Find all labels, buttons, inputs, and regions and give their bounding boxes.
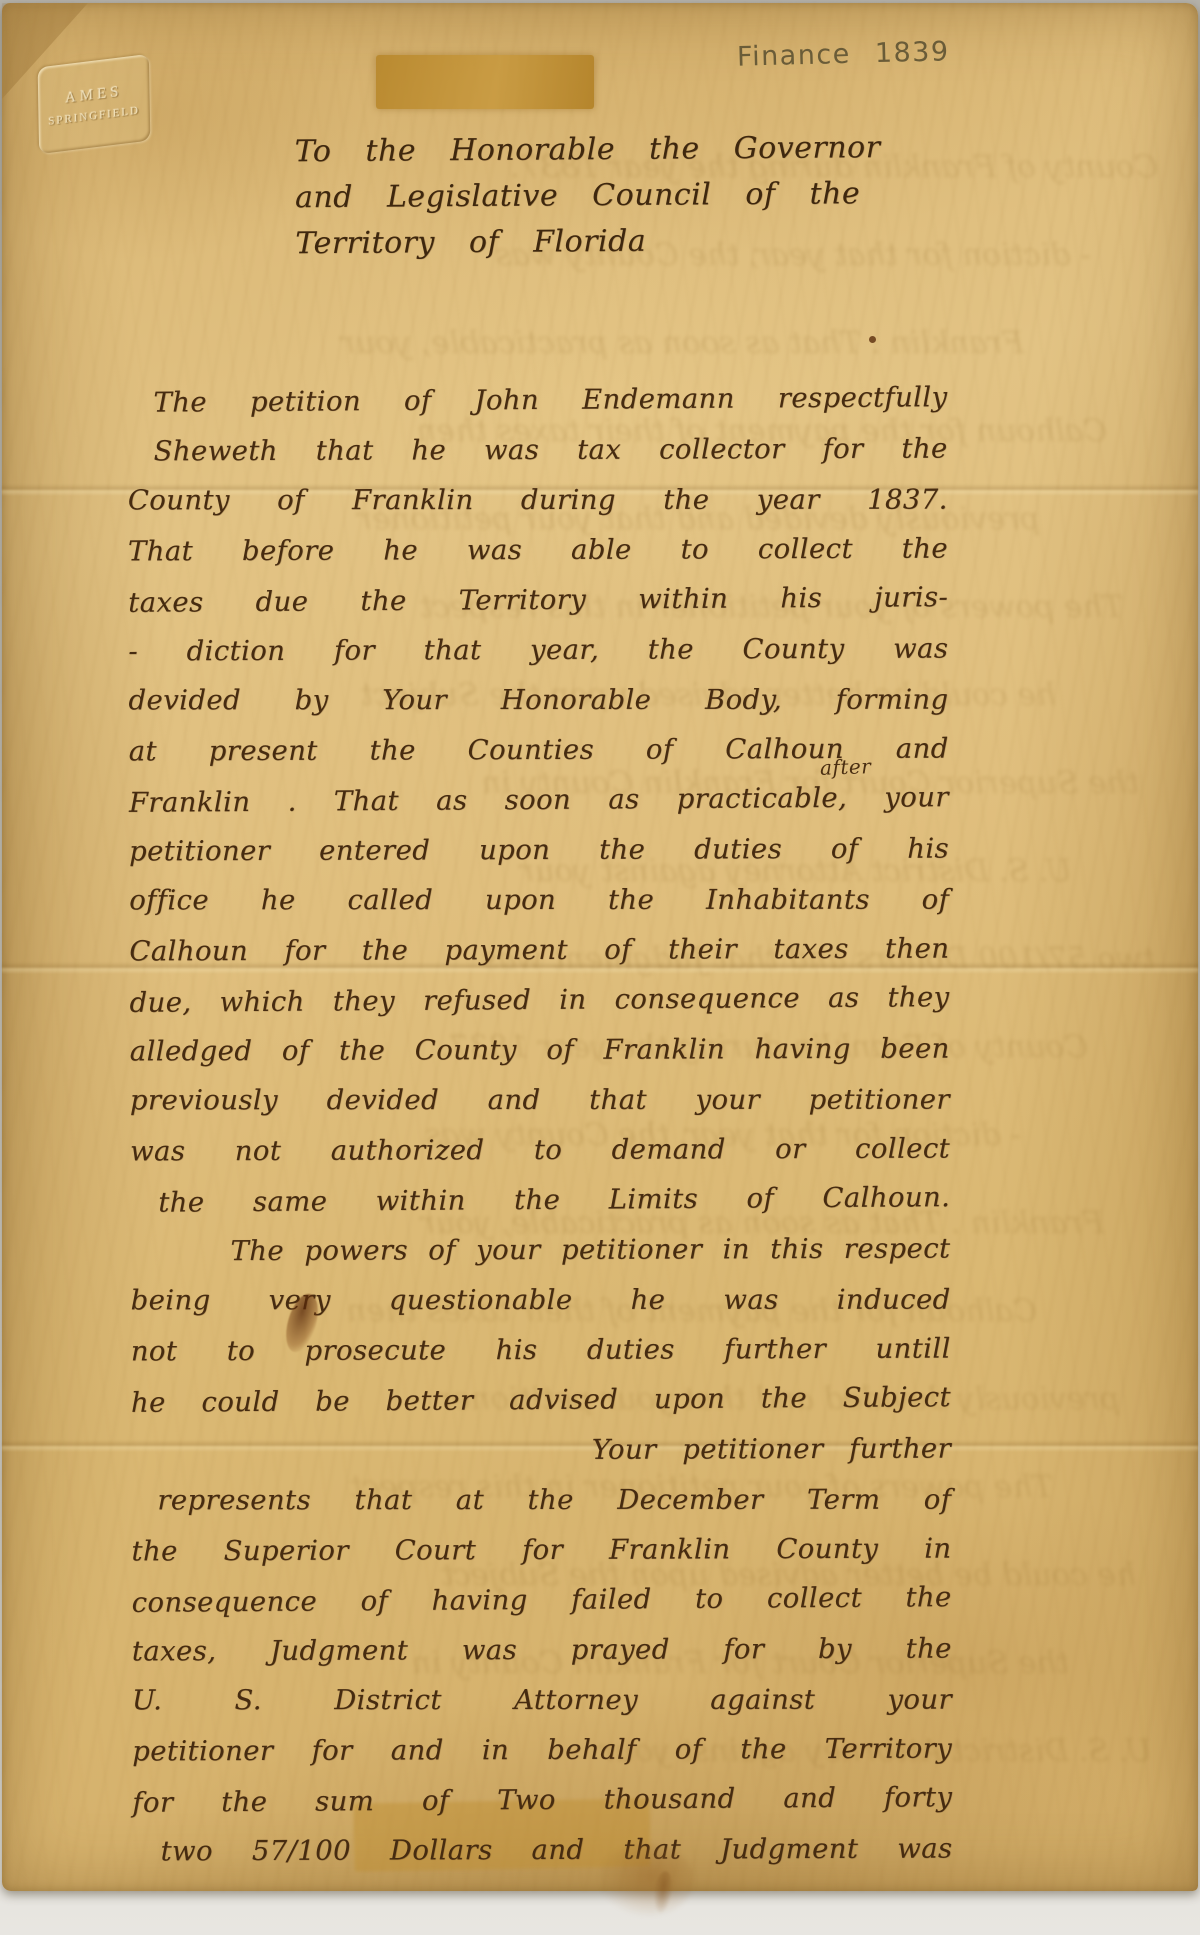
manuscript-line: not to prosecute his duties further unti… xyxy=(131,1324,951,1377)
manuscript-line: alledged of the County of Franklin havin… xyxy=(130,1024,950,1077)
manuscript-line: taxes due the Territory within his juris… xyxy=(128,572,948,628)
petition-body: The petition of John Endemann respectful… xyxy=(127,374,952,1877)
stamp-maker-name: AMES xyxy=(65,83,123,107)
manuscript-line: two 57/100 Dollars and that Judgment was xyxy=(132,1824,952,1877)
manuscript-line: devided by Your Honorable Body, forming xyxy=(128,675,948,726)
manuscript-line: The petition of John Endemann respectful… xyxy=(127,372,947,428)
embossed-papermaker-stamp: AMES SPRINGFIELD xyxy=(38,54,151,154)
manuscript-line: County of Franklin during the year 1837. xyxy=(128,475,948,526)
manuscript-line: Franklin . That as soon as practicable, … xyxy=(129,772,949,828)
petition-heading: To the Honorable the Governorand Legisla… xyxy=(295,125,936,267)
inserted-word-above-line: after xyxy=(820,754,872,780)
manuscript-line: he could be better advised upon the Subj… xyxy=(131,1372,951,1428)
manuscript-line: due, which they refused in consequence a… xyxy=(129,972,949,1028)
manuscript-line: previously devided and that your petitio… xyxy=(130,1075,950,1126)
manuscript-line: being very questionable he was induced xyxy=(131,1275,951,1326)
manuscript-line: The powers of your petitioner in this re… xyxy=(130,1224,950,1277)
manuscript-line: the same within the Limits of Calhoun. xyxy=(130,1172,950,1228)
heading-line: Territory of Florida xyxy=(295,217,935,267)
stamp-maker-city: SPRINGFIELD xyxy=(48,104,140,127)
heading-line: and Legislative Council of the xyxy=(295,171,935,221)
stain-smudge xyxy=(598,1843,694,1917)
manuscript-line: the Superior Court for Franklin County i… xyxy=(131,1524,951,1577)
manuscript-line: That before he was able to collect the xyxy=(128,524,948,577)
heading-line: To the Honorable the Governor xyxy=(295,125,935,175)
manuscript-line: for the sum of Two thousand and forty xyxy=(132,1772,952,1828)
scanned-document-page: County of Franklin during the year 1837.… xyxy=(0,0,1200,1935)
manuscript-line: Your petitioner further xyxy=(131,1424,951,1477)
manuscript-line: - diction for that year, the County was xyxy=(128,624,948,677)
manuscript-line: U. S. District Attorney against your xyxy=(132,1675,952,1726)
paper-sheet: County of Franklin during the year 1837.… xyxy=(2,3,1198,1891)
manuscript-line: was not authorized to demand or collect xyxy=(130,1124,950,1177)
tape-stain-top xyxy=(376,55,594,109)
docket-annotation: Finance 1839 xyxy=(737,36,950,73)
manuscript-line: petitioner for and in behalf of the Terr… xyxy=(132,1724,952,1777)
manuscript-line: Calhoun for the payment of their taxes t… xyxy=(129,924,949,977)
manuscript-line: represents that at the December Term of xyxy=(131,1475,951,1526)
manuscript-line: consequence of having failed to collect … xyxy=(131,1572,951,1628)
manuscript-line: petitioner entered upon the duties of hi… xyxy=(129,824,949,877)
ink-dot xyxy=(869,336,876,343)
manuscript-line: taxes, Judgment was prayed for by the xyxy=(132,1624,952,1677)
manuscript-line: Sheweth that he was tax collector for th… xyxy=(128,424,948,477)
manuscript-line: office he called upon the Inhabitants of xyxy=(129,875,949,926)
